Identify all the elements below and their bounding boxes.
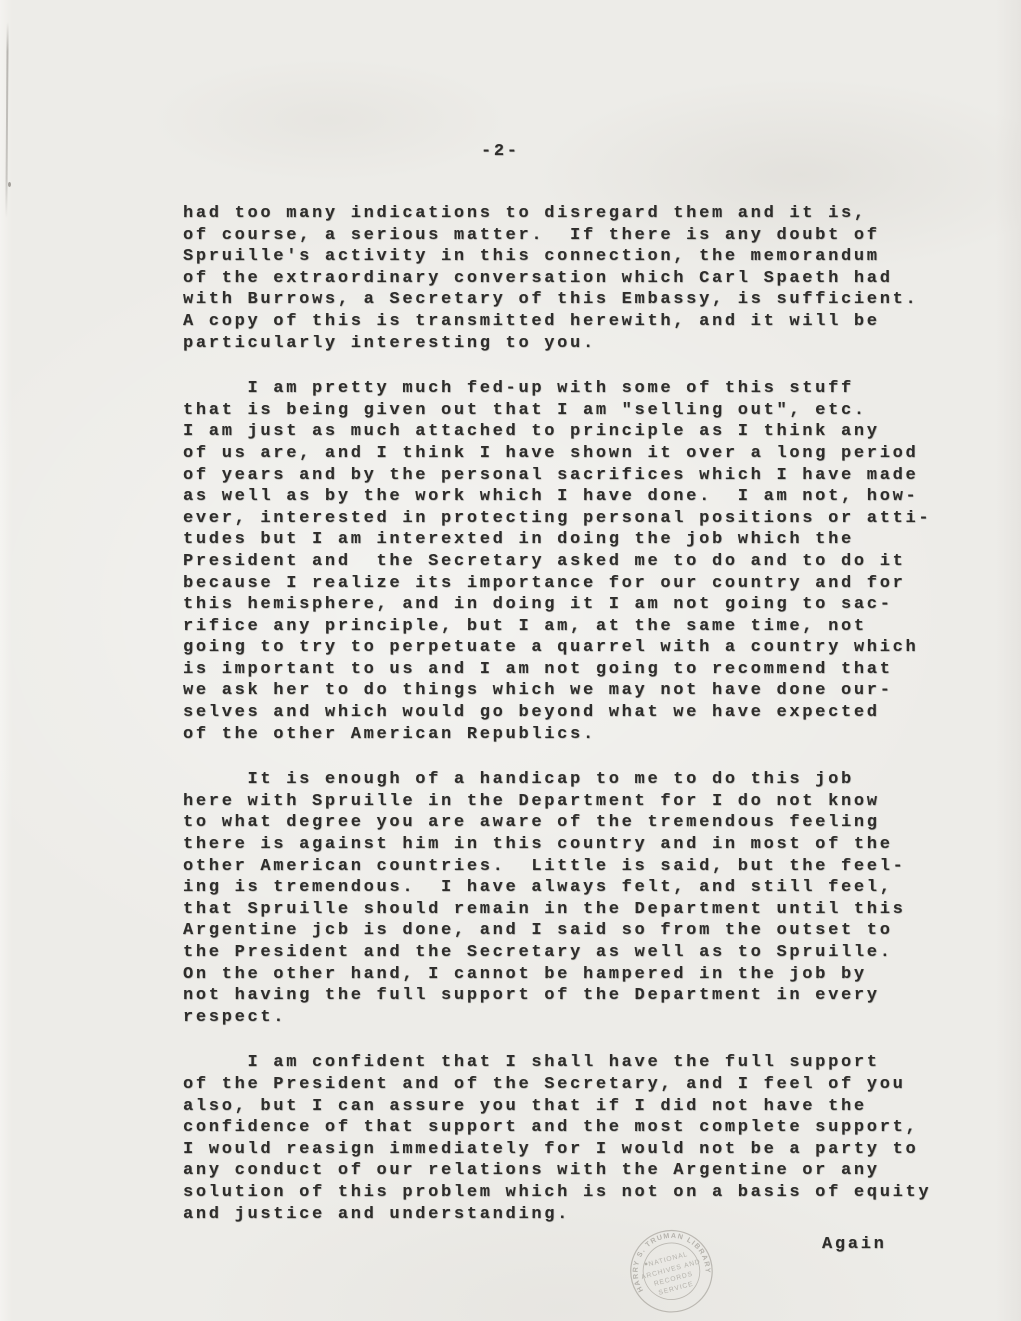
- scan-edge-mark: [8, 182, 11, 187]
- page-number: -2-: [481, 142, 520, 161]
- paragraph-4: I am confident that I shall have the ful…: [183, 1052, 973, 1225]
- paragraph-1: had too many indications to disregard th…: [183, 203, 973, 354]
- paragraph-3: It is enough of a handicap to me to do t…: [183, 769, 973, 1028]
- stamp-star-icon: [644, 1262, 647, 1265]
- truman-library-archives-stamp: HARRY S. TRUMAN LIBRARY NATIONAL ARCHIVE…: [594, 1223, 764, 1321]
- letter-body: had too many indications to disregard th…: [183, 203, 973, 1249]
- scan-edge-line: [5, 22, 8, 218]
- paragraph-2: I am pretty much fed-up with some of thi…: [183, 378, 973, 745]
- closing-word: Again: [822, 1235, 887, 1254]
- letter-page: -2- had too many indications to disregar…: [0, 0, 1021, 1321]
